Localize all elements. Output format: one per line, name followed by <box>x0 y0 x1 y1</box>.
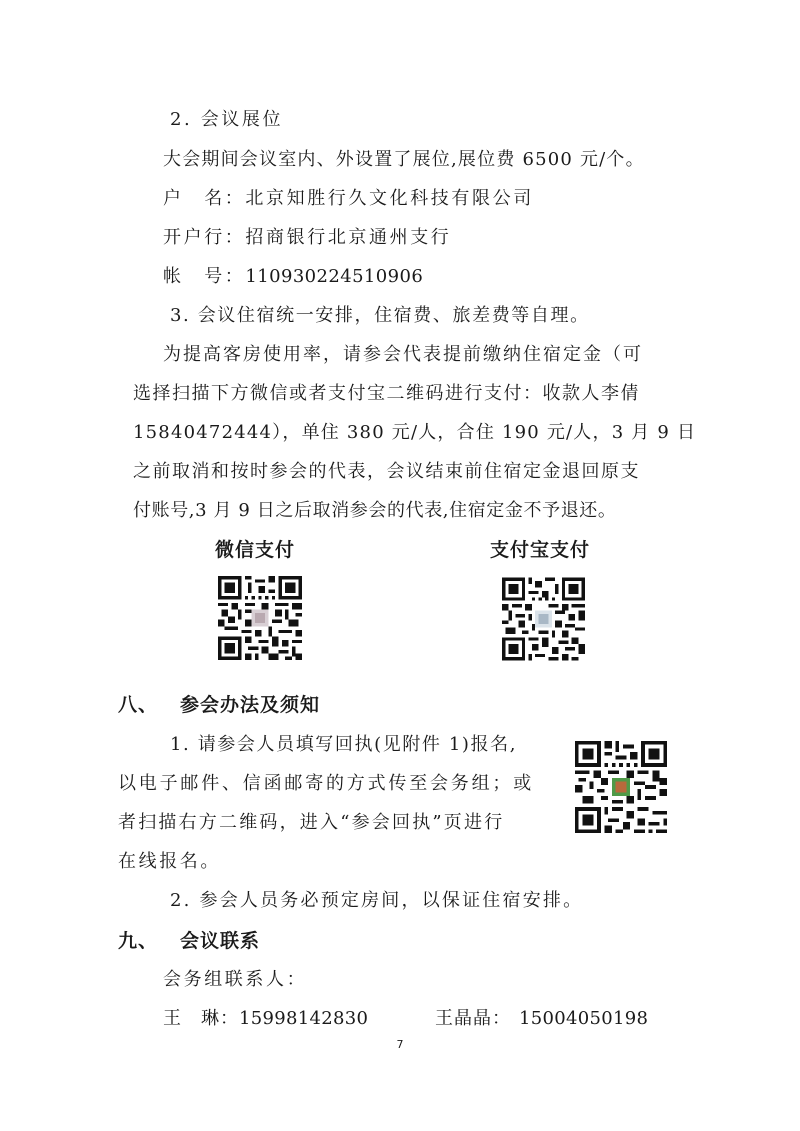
account-number-row: 帐 号：110930224510906 <box>163 265 423 289</box>
account-name-value: 北京知胜行久文化科技有限公司 <box>245 188 533 209</box>
accommodation-title: 3. 会议住宿统一安排，住宿费、旅差费等自理。 <box>170 304 590 328</box>
accommodation-para-line-1: 为提高客房使用率，请参会代表提前缴纳住宿定金（可 <box>163 343 643 367</box>
contact-name-2: 王晶晶： <box>435 1008 511 1029</box>
section-9-title: 会议联系 <box>180 930 260 952</box>
wechat-pay-qr-code <box>218 575 302 661</box>
exhibition-description: 大会期间会议室内、外设置了展位,展位费 6500 元/个。 <box>163 148 645 172</box>
section-9-number: 九、 <box>118 929 180 953</box>
wechat-pay-label: 微信支付 <box>215 538 295 562</box>
section-9-heading: 九、会议联系 <box>118 929 260 953</box>
page-number: 7 <box>0 1038 800 1051</box>
qr-code-icon <box>575 741 667 833</box>
contact-name-1: 王 琳： <box>163 1008 239 1029</box>
contact-phone-1: 15998142830 <box>239 1008 368 1029</box>
registration-line-2: 以电子邮件、信函邮寄的方式传至会务组；或 <box>118 772 534 796</box>
accommodation-para-line-5: 付账号,3 月 9 日之后取消参会的代表,住宿定金不予退还。 <box>133 499 617 523</box>
contact-label: 会务组联系人： <box>163 968 307 992</box>
accommodation-para-line-2: 选择扫描下方微信或者支付宝二维码进行支付：收款人李倩 <box>133 382 640 406</box>
account-number-label: 帐 号： <box>163 266 245 287</box>
exhibition-title: 2. 会议展位 <box>170 108 283 132</box>
bank-value: 招商银行北京通州支行 <box>245 227 451 248</box>
registration-qr-code <box>575 741 667 833</box>
room-booking-note: 2. 参会人员务必预定房间，以保证住宿安排。 <box>170 889 583 913</box>
qr-code-icon <box>502 576 585 662</box>
qr-code-icon <box>218 575 302 661</box>
contact-row-2: 王晶晶：15004050198 <box>435 1007 648 1031</box>
account-name-row: 户 名：北京知胜行久文化科技有限公司 <box>163 187 534 211</box>
alipay-label: 支付宝支付 <box>490 538 590 562</box>
registration-line-4: 在线报名。 <box>118 850 221 874</box>
account-number-value: 110930224510906 <box>245 266 423 287</box>
accommodation-para-line-3: 15840472444），单住 380 元/人，合住 190 元/人，3 月 9… <box>133 421 696 445</box>
section-8-number: 八、 <box>118 693 180 717</box>
contact-phone-2: 15004050198 <box>519 1008 648 1029</box>
registration-line-1: 1. 请参会人员填写回执(见附件 1)报名, <box>170 733 517 757</box>
bank-row: 开户行：招商银行北京通州支行 <box>163 226 451 250</box>
section-8-heading: 八、参会办法及须知 <box>118 693 320 717</box>
section-8-title: 参会办法及须知 <box>180 694 320 716</box>
contact-row: 王 琳：15998142830 <box>163 1007 368 1031</box>
alipay-qr-code <box>502 576 585 662</box>
bank-label: 开户行： <box>163 227 245 248</box>
registration-line-3: 者扫描右方二维码，进入“参会回执”页进行 <box>118 811 504 835</box>
account-name-label: 户 名： <box>163 188 245 209</box>
accommodation-para-line-4: 之前取消和按时参会的代表，会议结束前住宿定金退回原支 <box>133 460 640 484</box>
